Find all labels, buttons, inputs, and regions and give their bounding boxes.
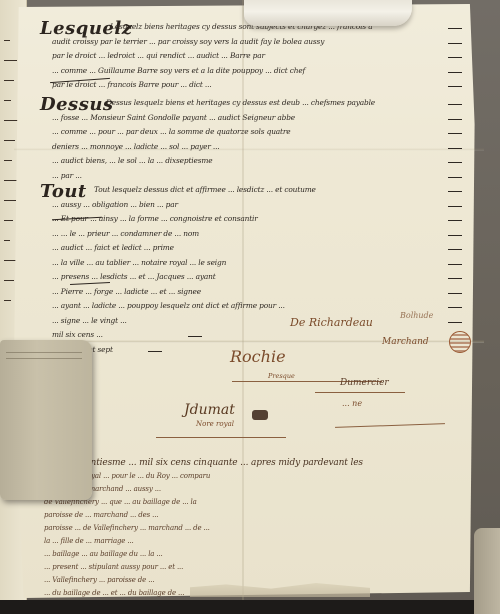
signature-rochie-subscript: Presque (268, 372, 295, 380)
text-line: paroisse de ... marchand ... des ... (44, 509, 464, 522)
signature-marchand: Marchand (382, 337, 429, 347)
text-line: par le droict ... francois Barre pour ..… (52, 78, 462, 93)
signature-de-richardeau: De Richardeau (290, 316, 373, 329)
left-page-ink-mark (4, 40, 10, 41)
signature-dumercier: Dumercier (340, 378, 389, 388)
text-line: de Vallefinchery ... que ... au baillage… (44, 496, 464, 509)
text-line: ... fosse ... Monsieur Saint Gondolle pa… (52, 111, 462, 126)
bag-seam (6, 358, 82, 359)
bag-seam (6, 352, 82, 353)
ink-blot (252, 410, 268, 420)
left-page-ink-mark (4, 60, 17, 61)
text-line: ... ... le ... prieur ... condamner de .… (52, 227, 462, 242)
text-line: Ce Jour Ventiesme ... mil six cens cinqu… (44, 457, 464, 470)
paragraph-ce-jour: Ce Jour Ventiesme ... mil six cens cinqu… (44, 457, 464, 600)
text-line: ... presens ... lesdicts ... et ... Jacq… (52, 270, 462, 285)
text-line: Notaires ... royal ... pour le ... du Ro… (44, 470, 464, 483)
text-line: Tout lesquelz dessus dict et affirmee ..… (52, 183, 462, 198)
text-line: ... par ... (52, 169, 462, 184)
paragraph-lesquelz: Lesquelz Lesquelz biens heritages cy des… (52, 20, 462, 93)
text-line: Dessus lesquelz biens et heritages cy de… (52, 96, 462, 111)
signature-rochie: Rochie (230, 347, 286, 366)
signature-illegible: ... ne (342, 399, 362, 408)
signature-underline (156, 437, 286, 438)
left-page-ink-mark (4, 260, 17, 261)
signature-bolhude: Bolhude (400, 311, 433, 320)
text-line: audit croissy par le terrier ... par cro… (52, 35, 462, 50)
red-seal-paraphe (449, 331, 471, 353)
bottom-shadow (0, 600, 500, 614)
cloth-weight-top (244, 0, 412, 26)
left-page-ink-mark (4, 220, 13, 221)
text-line: la ... fille de ... marriage ... (44, 535, 464, 548)
text-line: ... aussy ... obligation ... bien ... pa… (52, 198, 462, 213)
text-line: ... audict ... faict et ledict ... prime (52, 241, 462, 256)
left-page-ink-mark (4, 200, 16, 201)
cloth-weight-right (474, 528, 500, 614)
text-line: ... Pierre ... forge ... ladicte ... et … (52, 285, 462, 300)
paragraph-dessus: Dessus Dessus lesquelz biens et heritage… (52, 96, 462, 183)
text-line: ... comme ... pour ... par deux ... la s… (52, 125, 462, 140)
left-page-ink-mark (4, 240, 10, 241)
text-line: par le droict ... ledroict ... qui rendi… (52, 49, 462, 64)
text-line: ... Vallefinchery ... paroisse de ... (44, 574, 464, 587)
left-page-ink-mark (4, 160, 12, 161)
signature-jdumat-subscript: Nore royal (196, 420, 234, 428)
text-line: deniers ... monnoye ... ladicte ... sol … (52, 140, 462, 155)
text-line: ... la ville ... au tablier ... notaire … (52, 256, 462, 271)
signature-underline (315, 392, 405, 393)
left-page-ink-mark (4, 120, 18, 121)
text-line: ... Et pour ... ainsy ... la forme ... c… (52, 212, 462, 227)
document-photo: Lesquelz Lesquelz biens heritages cy des… (0, 0, 500, 614)
left-page-ink-mark (4, 140, 15, 141)
left-page-ink-mark (4, 80, 14, 81)
text-line: ... audict biens, ... le sol ... la ... … (52, 154, 462, 169)
text-line: ... baillage ... au baillage du ... la .… (44, 548, 464, 561)
cloth-weight-left (0, 340, 92, 500)
paragraph-tout: Tout Tout lesquelz dessus dict et affirm… (52, 183, 462, 357)
signature-jdumat: Jdumat (184, 402, 235, 418)
text-line: ... comme ... Guillaume Barre soy vers e… (52, 64, 462, 79)
left-page-ink-mark (4, 280, 14, 281)
text-line: ... present ... marchand ... aussy ... (44, 483, 464, 496)
left-page-ink-mark (4, 300, 11, 301)
text-line: ... present ... stipulant aussy pour ...… (44, 561, 464, 574)
text-line: paroisse ... de Vallefinchery ... marcha… (44, 522, 464, 535)
left-page-ink-mark (4, 100, 11, 101)
